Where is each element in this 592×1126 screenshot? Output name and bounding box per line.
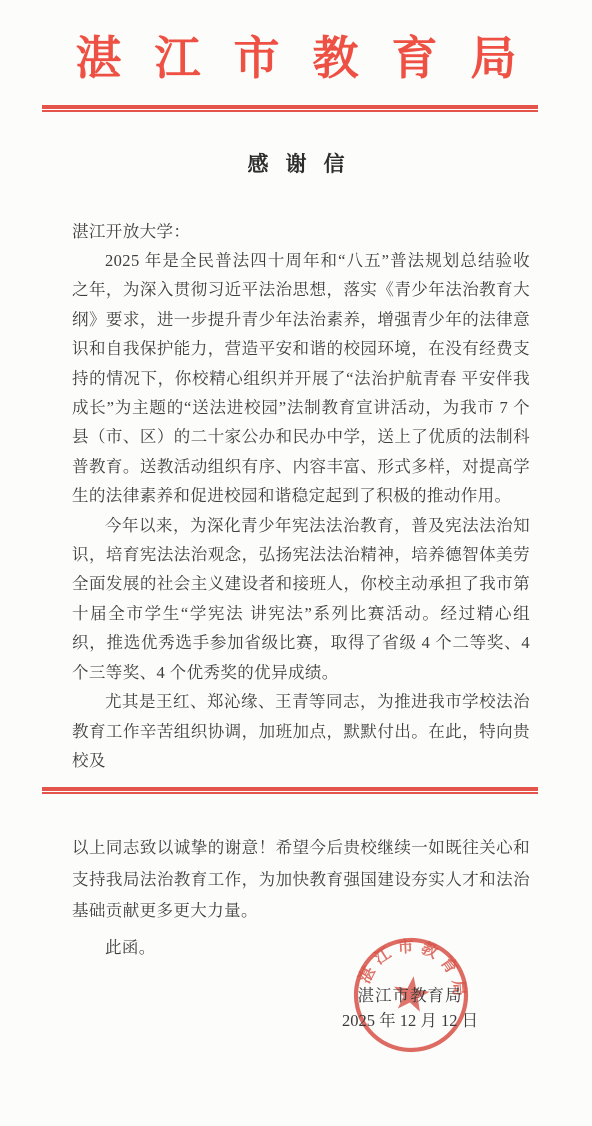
- paragraph-1: 2025 年是全民普法四十周年和“八五”普法规划总结验收之年，为深入贯彻习近平法…: [72, 246, 530, 511]
- document-title: 感谢信: [0, 154, 592, 175]
- signature-date: 2025 年 12 月 12 日: [300, 1007, 520, 1031]
- closing-phrase: 此函。: [72, 932, 530, 963]
- paragraph-2: 今年以来，为深化青少年宪法法治教育，普及宪法法治知识，培育宪法法治观念，弘扬宪法…: [72, 511, 530, 687]
- letterhead-agency-name: 湛江市教育局: [0, 34, 592, 85]
- paragraph-3-continuation: 以上同志致以诚挚的谢意！希望今后贵校继续一如既往关心和支持我局法治教育工作，为加…: [72, 832, 530, 926]
- paragraph-3: 尤其是王红、郑沁缘、王青等同志，为推进我市学校法治教育工作辛苦组织协调，加班加点…: [72, 687, 530, 775]
- signature-agency: 湛江市教育局: [310, 982, 510, 1006]
- scanned-letter-page: 湛江市教育局 感谢信 湛江开放大学： 2025 年是全民普法四十周年和“八五”普…: [0, 0, 592, 1126]
- salutation: 湛江开放大学：: [72, 217, 530, 246]
- letter-body-section-1: 湛江开放大学： 2025 年是全民普法四十周年和“八五”普法规划总结验收之年，为…: [72, 217, 530, 776]
- letter-body-section-2: 以上同志致以诚挚的谢意！希望今后贵校继续一如既往关心和支持我局法治教育工作，为加…: [72, 832, 530, 963]
- letterhead-red-rule: [42, 105, 538, 112]
- page-break-red-rule: [42, 787, 538, 794]
